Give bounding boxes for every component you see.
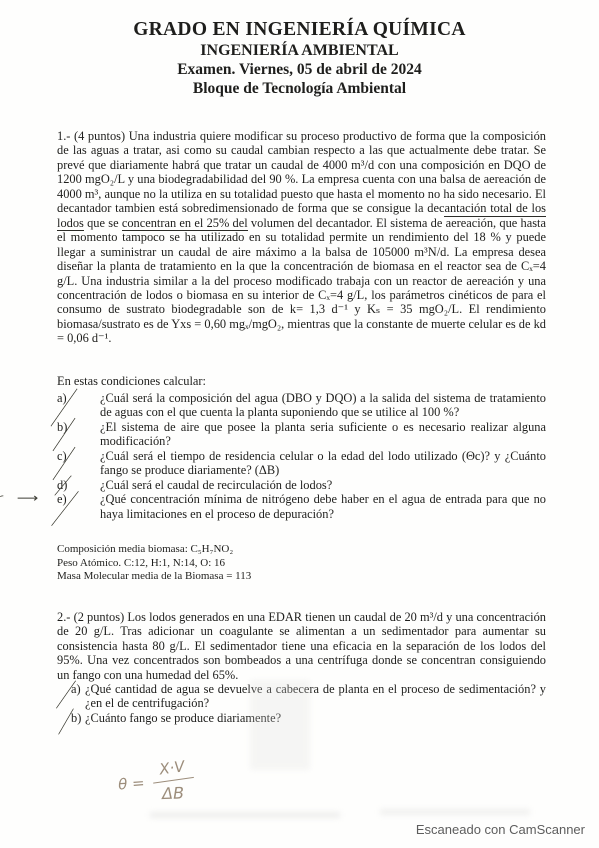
q1-item-d-text: ¿Cuál será el caudal de recirculación de… xyxy=(100,478,546,492)
scan-smudge xyxy=(250,680,310,770)
note-biomass-composition: Composición media biomasa: C₅H₇NO₂ xyxy=(57,543,251,557)
q2-item-b-text: ¿Cuánto fango se produce diariamente? xyxy=(85,711,546,725)
q1-item-a-text: ¿Cuál será la composición del agua (DBO … xyxy=(100,391,546,420)
formula-numerator: X·V xyxy=(150,756,194,784)
exam-header: GRADO EN INGENIERÍA QUÍMICA INGENIERÍA A… xyxy=(0,18,599,98)
q2-item-b-letter-cell: b) xyxy=(57,711,85,725)
q1-item-e-text: ¿Qué concentración mínima de nitrógeno d… xyxy=(100,492,546,521)
q1-data-notes: Composición media biomasa: C₅H₇NO₂ Peso … xyxy=(57,543,251,584)
scan-smudge xyxy=(380,809,530,815)
question2-statement: 2.- (2 puntos) Los lodos generados en un… xyxy=(57,610,546,682)
q1-item-c-letter-cell: c) xyxy=(57,449,100,478)
q1-item-b-text: ¿El sistema de aire que posee la planta … xyxy=(100,420,546,449)
q1-item-b: b) ¿El sistema de aire que posee la plan… xyxy=(57,420,546,449)
q1-item-a: a) ¿Cuál será la composición del agua (D… xyxy=(57,391,546,420)
q1-item-d: d) ¿Cuál será el caudal de recirculación… xyxy=(57,478,546,492)
q1-subquestion-list: a) ¿Cuál será la composición del agua (D… xyxy=(57,391,546,521)
q2-item-a-text: ¿Qué cantidad de agua se devuelve a cabe… xyxy=(85,682,546,711)
scan-smudge xyxy=(150,812,340,818)
q1-item-a-letter-cell: a) xyxy=(57,391,100,420)
degree-title: GRADO EN INGENIERÍA QUÍMICA xyxy=(0,18,599,41)
q1-item-c: c) ¿Cuál será el tiempo de residencia ce… xyxy=(57,449,546,478)
camscanner-watermark: Escaneado con CamScanner xyxy=(416,822,585,837)
exam-date: Examen. Viernes, 05 de abril de 2024 xyxy=(0,60,599,79)
handwritten-hook-mark xyxy=(0,495,5,503)
item-letter: e) xyxy=(57,492,67,506)
q1-calc-heading: En estas condiciones calcular: xyxy=(57,374,206,389)
q1-underlined-phrase-2: concentran en el 25% del xyxy=(122,216,248,232)
q1-item-d-letter-cell: d) xyxy=(57,478,100,492)
q1-item-b-letter-cell: b) xyxy=(57,420,100,449)
exam-block: Bloque de Tecnología Ambiental xyxy=(0,79,599,98)
handwritten-formula: θ = X·V ΔB xyxy=(117,757,195,806)
item-letter: b) xyxy=(71,711,81,725)
note-atomic-weights: Peso Atómico. C:12, H:1, N:14, O: 16 xyxy=(57,557,251,571)
q1-text-part2: que se xyxy=(84,216,122,230)
q1-item-c-text: ¿Cuál será el tiempo de residencia celul… xyxy=(100,449,546,478)
question1-statement: 1.- (4 puntos) Una industria quiere modi… xyxy=(57,129,546,346)
course-title: INGENIERÍA AMBIENTAL xyxy=(0,41,599,60)
note-molecular-mass: Masa Molecular media de la Biomasa = 113 xyxy=(57,570,251,584)
q1-item-e: e) ⟶ ¿Qué concentración mínima de nitróg… xyxy=(57,492,546,521)
q2-item-a-letter-cell: a) xyxy=(57,682,85,711)
formula-fraction: X·V ΔB xyxy=(151,758,194,803)
q1-text-part3: volumen del decantador. El sistema de ae… xyxy=(57,216,546,346)
formula-denominator: ΔB xyxy=(161,780,184,803)
q1-item-e-letter-cell: e) ⟶ xyxy=(57,492,100,521)
formula-theta-equals: θ = xyxy=(117,774,145,794)
handwritten-arrow-icon: ⟶ xyxy=(17,491,39,505)
scanned-exam-page: GRADO EN INGENIERÍA QUÍMICA INGENIERÍA A… xyxy=(0,0,599,848)
